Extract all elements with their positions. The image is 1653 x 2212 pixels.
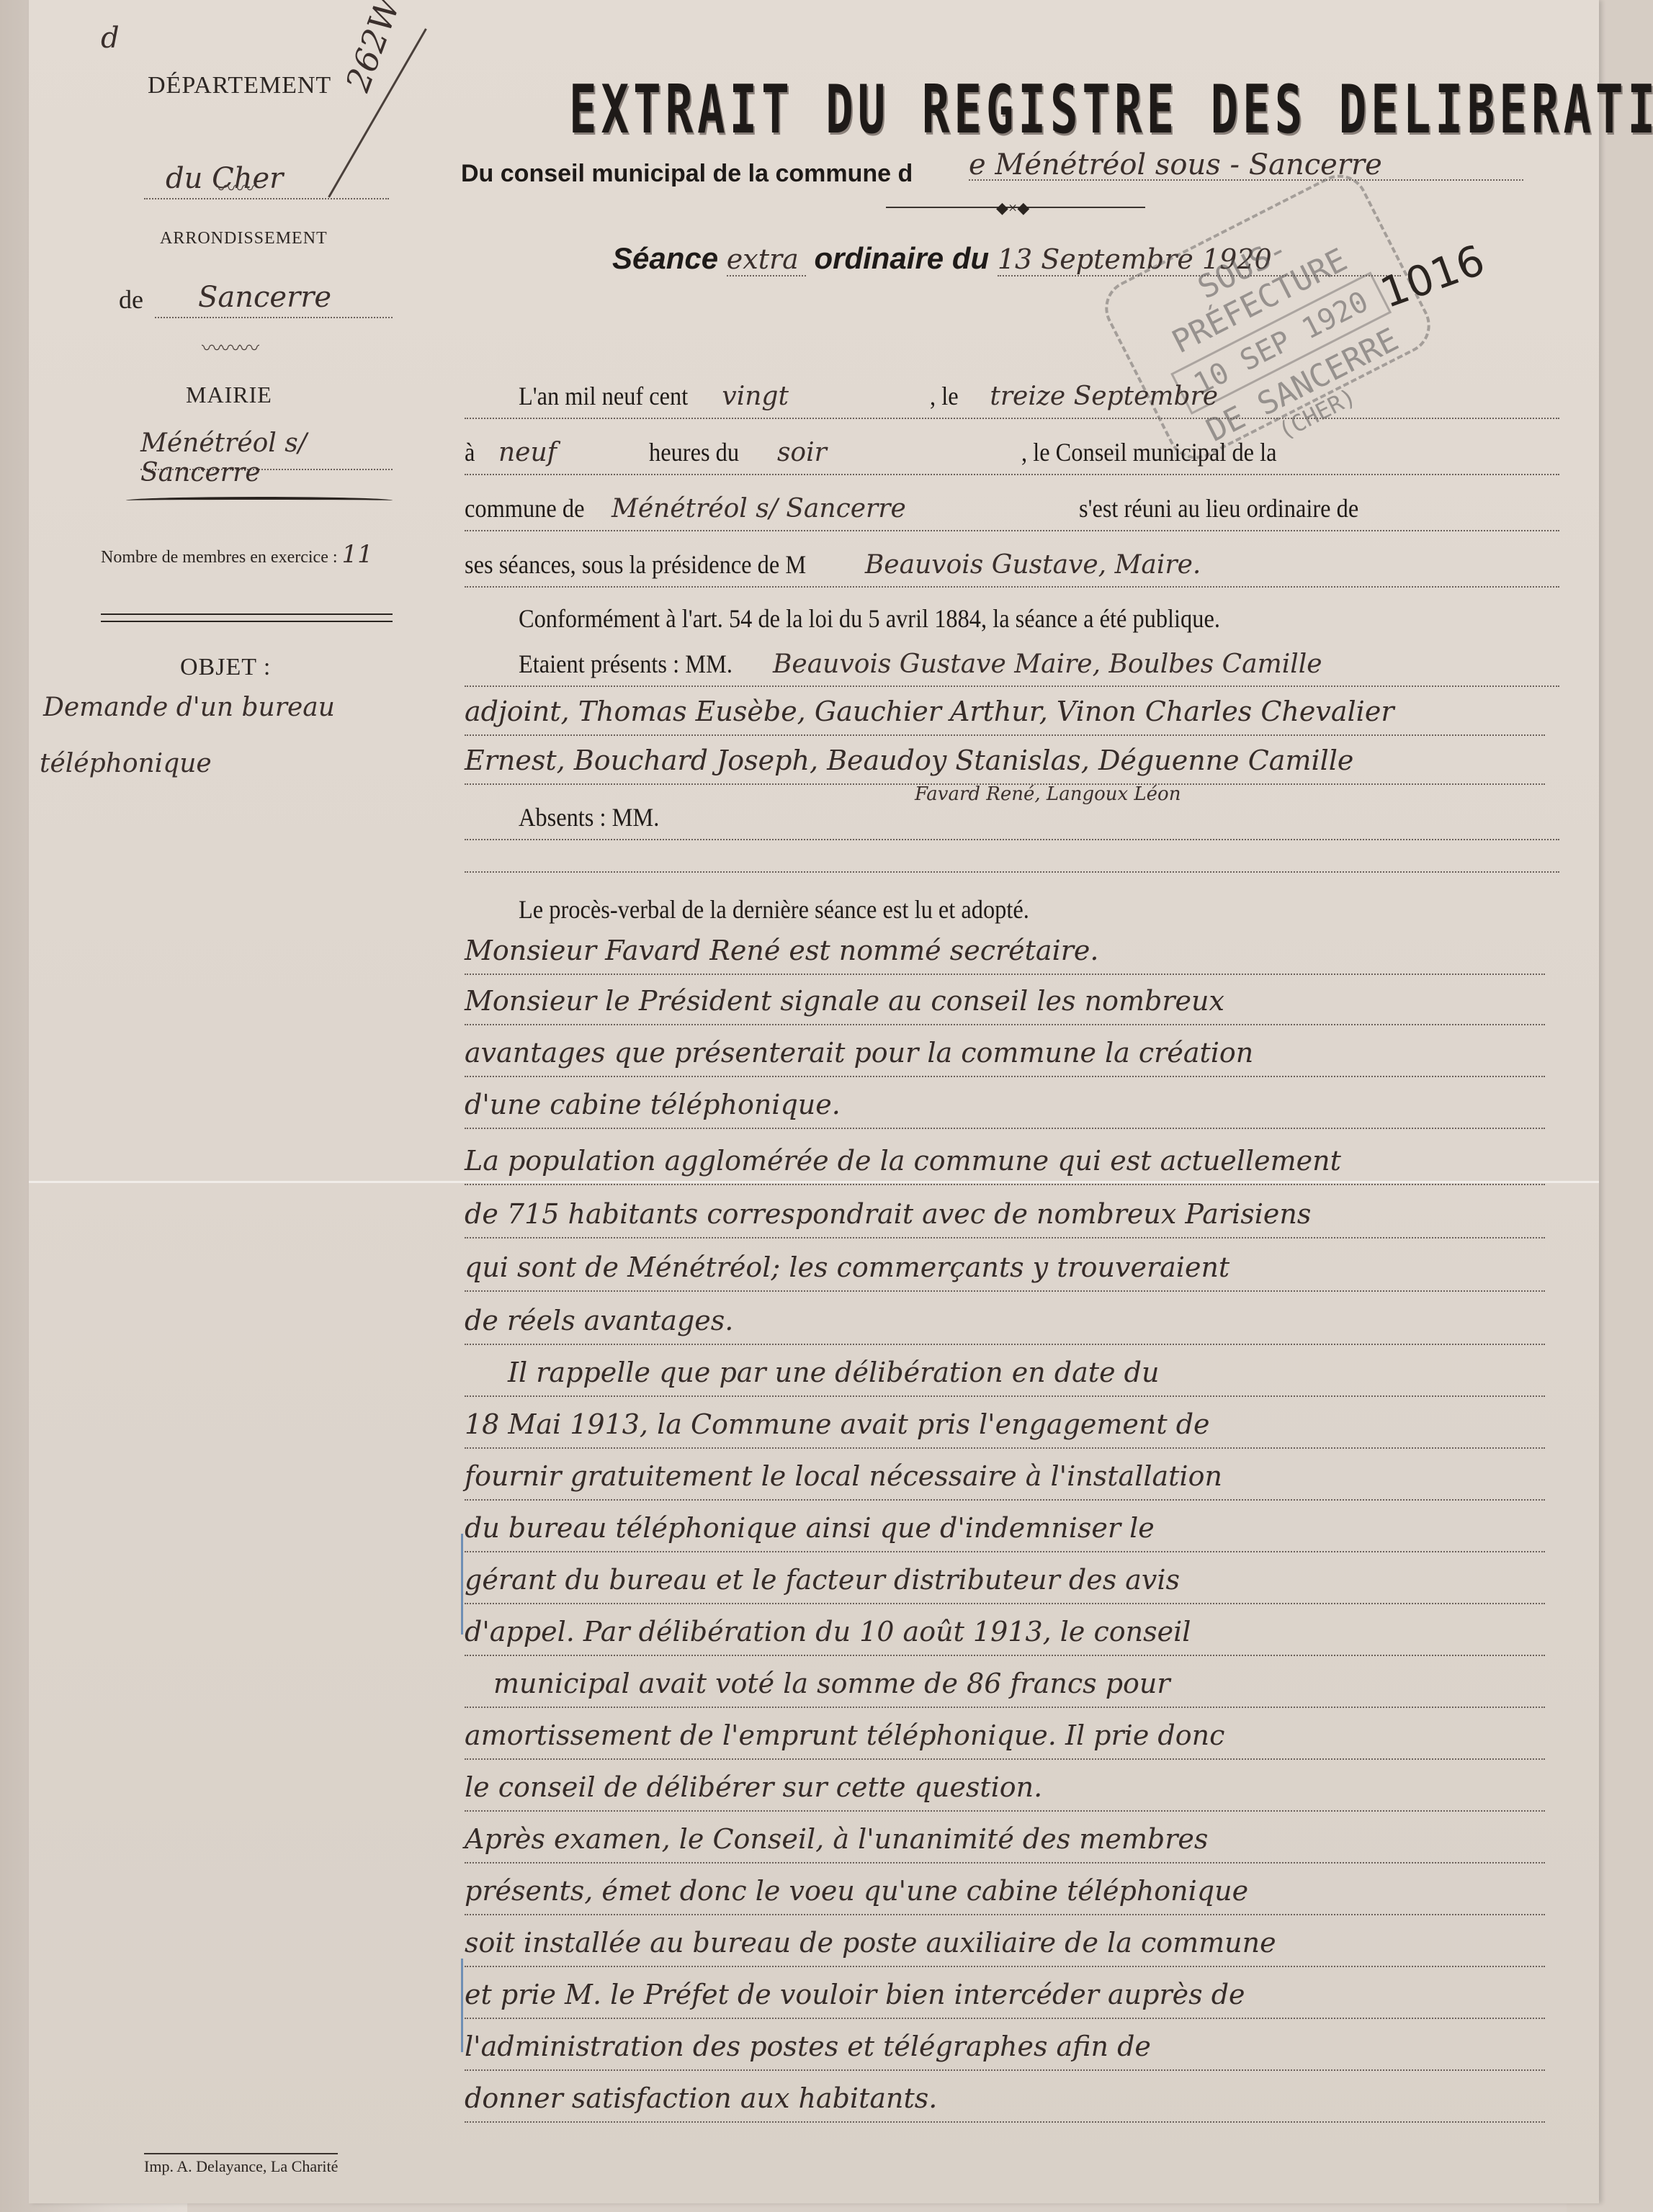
absents-row: Absents : MM.: [465, 796, 1559, 840]
separator-tilde: 〰〰: [216, 173, 254, 202]
objet-value-line2: téléphonique: [40, 749, 212, 778]
body-line: fournir gratuitement le local nécessaire…: [465, 1455, 1545, 1501]
body-line: l'administration des postes et télégraph…: [465, 2025, 1545, 2071]
printed-text: heures du: [649, 431, 739, 474]
presents-row-3: Ernest, Bouchard Joseph, Beaudoy Stanisl…: [465, 739, 1545, 785]
departement-label: DÉPARTEMENT: [148, 72, 331, 99]
flourish-divider: [126, 497, 393, 504]
president-value: Beauvois Gustave, Maire.: [851, 550, 1201, 580]
body-line: d'une cabine téléphonique.: [465, 1083, 1545, 1129]
seance-label: Séance: [612, 241, 718, 275]
printed-text: , le: [930, 374, 959, 418]
body-line: qui sont de Ménétréol; les commerçants y…: [465, 1246, 1545, 1292]
body-line: avantages que présenterait pour la commu…: [465, 1031, 1545, 1077]
printer-imprint: Imp. A. Delayance, La Charité: [144, 2153, 338, 2176]
preamble-row-president: ses séances, sous la présidence de M Bea…: [465, 543, 1559, 588]
commune-value: e Ménétréol sous - Sancerre: [969, 148, 1382, 181]
membres-label: Nombre de membres en exercice : 11: [101, 541, 396, 570]
partial-handwriting: d: [101, 22, 120, 55]
body-line: donner satisfaction aux habitants.: [465, 2077, 1545, 2123]
council-subtitle: Du conseil municipal de la commune d: [461, 160, 913, 188]
printed-text: s'est réuni au lieu ordinaire de: [1079, 487, 1358, 530]
body-line: du bureau téléphonique ainsi que d'indem…: [465, 1506, 1545, 1552]
printed-text: ses séances, sous la présidence de M: [465, 543, 806, 586]
preamble-row-time: à neuf heures du soir , le Conseil munic…: [465, 431, 1559, 475]
printed-text: L'an mil neuf cent: [519, 374, 688, 418]
body-line: Monsieur le Président signale au conseil…: [465, 979, 1545, 1025]
preamble-row-commune: commune de Ménétréol s/ Sancerre s'est r…: [465, 487, 1559, 531]
body-line: le conseil de délibérer sur cette questi…: [465, 1766, 1545, 1812]
presents-row-2: adjoint, Thomas Eusèbe, Gauchier Arthur,…: [465, 690, 1545, 736]
body-line: de réels avantages.: [465, 1299, 1545, 1345]
body-line: de 715 habitants correspondrait avec de …: [465, 1192, 1545, 1238]
departement-value: du Cher: [144, 162, 283, 195]
objet-label: OBJET :: [180, 654, 271, 681]
objet-value-line1: Demande d'un bureau: [43, 693, 335, 722]
body-line: 18 Mai 1913, la Commune avait pris l'eng…: [465, 1403, 1545, 1449]
membres-label-text: Nombre de membres en exercice :: [101, 548, 338, 567]
double-rule: [101, 613, 393, 622]
ornament-mark: ◆×◆: [996, 199, 1029, 217]
blank-row: [465, 850, 1559, 873]
presents-row-1: Etaient présents : MM. Beauvois Gustave …: [465, 642, 1559, 687]
body-line: municipal avait voté la somme de 86 fran…: [465, 1662, 1545, 1708]
period-value: soir: [756, 431, 1015, 475]
body-line: gérant du bureau et le facteur distribut…: [465, 1558, 1545, 1604]
body-line: soit installée au bureau de poste auxili…: [465, 1921, 1545, 1967]
commune-field: e Ménétréol sous - Sancerre: [969, 148, 1523, 181]
absents-label: Absents : MM.: [519, 796, 659, 839]
body-line: Après examen, le Conseil, à l'unanimité …: [465, 1817, 1545, 1863]
arrondissement-prefix: de: [119, 284, 143, 315]
arrondissement-label: ARRONDISSEMENT: [160, 229, 328, 248]
body-line: présents, émet donc le voeu qu'une cabin…: [465, 1869, 1545, 1915]
blue-pencil-mark: [461, 1534, 463, 1635]
separator-tilde: 〰〰〰: [202, 333, 258, 361]
body-line: Monsieur Favard René est nommé secrétair…: [465, 929, 1545, 975]
seance-label-2: ordinaire du: [814, 241, 989, 275]
arrondissement-value: Sancerre: [155, 281, 331, 314]
arrondissement-field: Sancerre: [155, 281, 393, 318]
departement-field: du Cher: [144, 162, 389, 199]
year-value: vingt: [713, 375, 923, 418]
seance-type-value: extra: [727, 243, 806, 276]
preamble-row-date: L'an mil neuf cent vingt , le treize Sep…: [465, 374, 1559, 419]
printed-text: , le Conseil municipal de la: [1021, 431, 1277, 474]
commune-value: Ménétréol s/ Sancerre: [604, 487, 1072, 531]
publique-statement: Conformément à l'art. 54 de la loi du 5 …: [519, 603, 1220, 634]
body-line: La population agglomérée de la commune q…: [465, 1139, 1545, 1185]
blue-pencil-mark: [461, 1959, 463, 2052]
body-line: et prie M. le Préfet de vouloir bien int…: [465, 1973, 1545, 2019]
membres-value: 11: [342, 540, 373, 569]
presents-names: Beauvois Gustave Maire, Boulbes Camille: [763, 649, 1322, 679]
document-title: EXTRAIT DU REGISTRE DES DELIBERATIONS: [569, 72, 1469, 149]
body-line: amortissement de l'emprunt téléphonique.…: [465, 1714, 1545, 1760]
proces-verbal-statement: Le procès-verbal de la dernière séance e…: [519, 894, 1029, 925]
day-month-value: treize Septembre: [968, 382, 1218, 411]
printed-text: à: [465, 431, 475, 474]
mairie-label: MAIRIE: [186, 382, 272, 408]
hour-value: neuf: [483, 431, 642, 475]
mairie-field: Ménétréol s/ Sancerre: [140, 428, 393, 470]
body-line: Il rappelle que par une délibération en …: [465, 1351, 1545, 1397]
presents-label: Etaient présents : MM.: [519, 642, 733, 685]
printed-text: commune de: [465, 487, 584, 530]
body-line: d'appel. Par délibération du 10 août 191…: [465, 1610, 1545, 1656]
